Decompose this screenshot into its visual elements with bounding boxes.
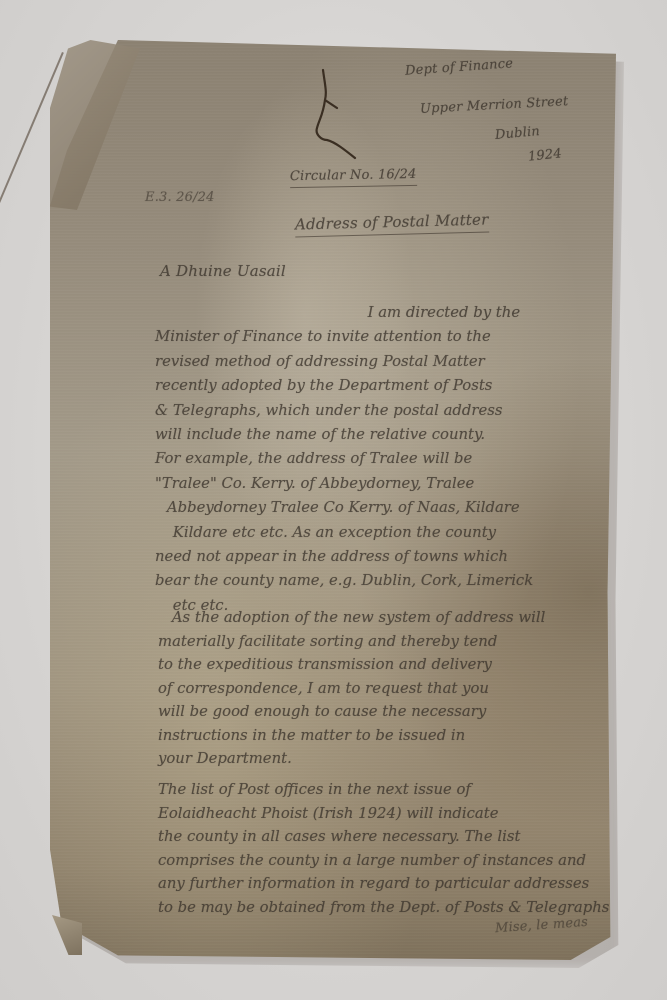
paragraph-line: "Tralee" Co. Kerry. of Abbeydorney, Tral… xyxy=(155,471,610,495)
paragraph-line: Minister of Finance to invite attention … xyxy=(155,324,610,348)
paragraph-line: The list of Post offices in the next iss… xyxy=(158,778,613,802)
paragraph-line: to the expeditious transmission and deli… xyxy=(158,653,613,677)
paragraph-line: revised method of addressing Postal Matt… xyxy=(155,349,610,373)
paragraph-2: As the adoption of the new system of add… xyxy=(158,606,618,771)
paragraph-line: As the adoption of the new system of add… xyxy=(158,606,613,630)
paragraph-line: need not appear in the address of towns … xyxy=(155,544,610,568)
paragraph-line: will be good enough to cause the necessa… xyxy=(158,700,613,724)
paragraph-line: any further information in regard to par… xyxy=(158,872,613,896)
paragraph-line: the county in all cases where necessary.… xyxy=(158,825,613,849)
paragraph-line: & Telegraphs, which under the postal add… xyxy=(155,398,610,422)
paragraph-line: will include the name of the relative co… xyxy=(155,422,610,446)
paragraph-line: Eolaidheacht Phoist (Irish 1924) will in… xyxy=(158,802,613,826)
paragraph-1: I am directed by the Minister of Finance… xyxy=(155,300,615,617)
circular-number: Circular No. 16/24 xyxy=(290,167,417,188)
paragraph-line: Kildare etc etc. As an exception the cou… xyxy=(155,520,610,544)
paragraph-line: instructions in the matter to be issued … xyxy=(158,724,613,748)
paragraph-line: I am directed by the xyxy=(155,300,610,324)
paragraph-line: For example, the address of Tralee will … xyxy=(155,446,610,470)
paragraph-line: of correspondence, I am to request that … xyxy=(158,677,613,701)
paragraph-line: recently adopted by the Department of Po… xyxy=(155,373,610,397)
paragraph-3: The list of Post offices in the next iss… xyxy=(158,778,618,919)
paper-tear-mark xyxy=(305,60,365,160)
paragraph-line: bear the county name, e.g. Dublin, Cork,… xyxy=(155,568,610,592)
paragraph-line: materially facilitate sorting and thereb… xyxy=(158,630,613,654)
paragraph-line: comprises the county in a large number o… xyxy=(158,849,613,873)
paragraph-line: Abbeydorney Tralee Co Kerry. of Naas, Ki… xyxy=(155,495,610,519)
paragraph-line: to be may be obtained from the Dept. of … xyxy=(158,896,613,920)
reference-number: E.3. 26/24 xyxy=(145,190,215,205)
salutation: A Dhuine Uasail xyxy=(160,262,286,280)
paragraph-line: your Department. xyxy=(158,747,613,771)
